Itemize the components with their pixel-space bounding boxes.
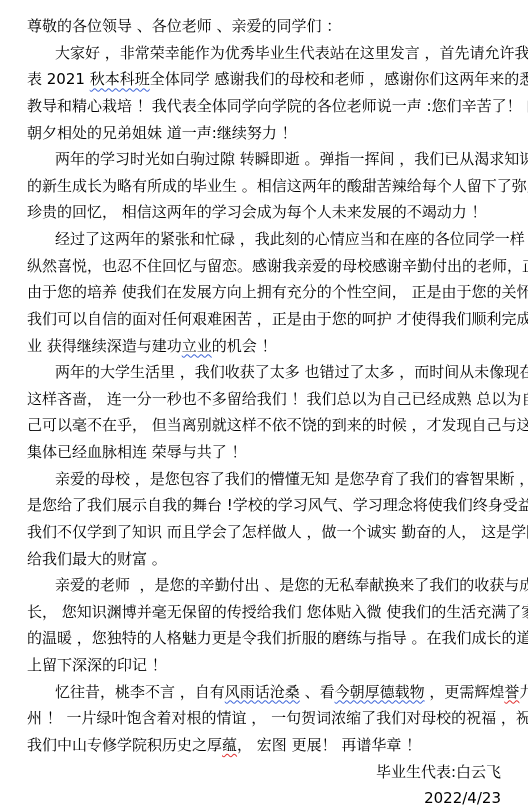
- text-segment: 我们不仅学到了知识 而且学会了怎样做人 ，做一个诚实 勤奋的人， 这是学院: [27, 523, 528, 541]
- text-segment: 2022/4/23: [424, 789, 501, 807]
- text-segment: 教导和精心栽培 ！我代表全体同学向学院的各位老师说一声 :您们辛苦了！ 向: [27, 97, 528, 115]
- salutation-line: 尊敬的各位领导 、各位老师 、亲爱的同学们 ：: [27, 13, 501, 40]
- text-line: 这样吝啬， 连一分一秒也不多留给我们 ！我们总以为自己已经成熟 总以为自: [27, 386, 501, 413]
- text-segment: 己可以毫不在乎， 但当离别就这样不依不饶的到来的时候 ，才发现自己与这个: [27, 416, 528, 434]
- text-segment: 全体同学 感谢我们的母校和老师 ，感谢你们这两年来的悉心: [150, 70, 528, 88]
- document-page: 尊敬的各位领导 、各位老师 、亲爱的同学们 ：大家好 ，非常荣幸能作为优秀毕业生…: [27, 13, 501, 812]
- text-segment: 上留下深深的印记 ！: [27, 656, 167, 674]
- text-segment: 亲爱的老师 ，是您的辛勤付出 、是您的无私奉献换来了我们的收获与成: [55, 576, 528, 594]
- text-segment: 忆往昔，桃李不言 ，自有: [55, 683, 225, 701]
- text-segment: 两年的学习时光如白驹过隙 转瞬即逝 。弹指一挥间 ，我们已从渴求知识: [55, 150, 528, 168]
- text-line: 州 ！ 一片绿叶饱含着对根的情谊 ， 一句贺词浓缩了我们对母校的祝福 ，祝愿: [27, 705, 501, 732]
- text-segment: 我们中山专修学院积历史之厚: [27, 736, 222, 754]
- text-line: 我们不仅学到了知识 而且学会了怎样做人 ，做一个诚实 勤奋的人， 这是学院: [27, 519, 501, 546]
- text-segment: 、看: [300, 683, 335, 701]
- spellcheck-blue-underline: 立业: [182, 337, 212, 355]
- text-segment: 的温暖 ，您独特的人格魅力更是令我们折服的磨练与指导 。在我们成长的道路: [27, 629, 528, 647]
- text-segment: 业 获得继续深造与建功: [27, 337, 182, 355]
- text-segment: 这样吝啬， 连一分一秒也不多留给我们 ！我们总以为自己已经成熟 总以为自: [27, 390, 528, 408]
- text-segment: 长， 您知识渊博并毫无保留的传授给我们 您体贴入微 使我们的生活充满了家: [27, 603, 528, 621]
- text-segment: 是您给了我们展示自我的舞台 !学校的学习风气、学习理念将使我们终身受益 ！: [27, 496, 528, 514]
- text-segment: ，更需辉煌: [425, 683, 505, 701]
- text-segment: 亲爱的母校 ，是您包容了我们的懵懂无知 是您孕育了我们的睿智果断 ，: [55, 470, 528, 488]
- text-line: 是您给了我们展示自我的舞台 !学校的学习风气、学习理念将使我们终身受益 ！: [27, 492, 501, 519]
- spellcheck-blue-underline: 风雨话沧桑: [225, 683, 300, 701]
- text-line: 集体已经血脉相连 荣辱与共了 ！: [27, 439, 501, 466]
- spellcheck-red-underline: 蕴: [222, 736, 237, 754]
- text-line: 给我们最大的财富 。: [27, 546, 501, 573]
- text-segment: 珍贵的回忆， 相信这两年的学习会成为每个人未来发展的不竭动力 ！: [27, 203, 487, 221]
- text-line: 教导和精心栽培 ！我代表全体同学向学院的各位老师说一声 :您们辛苦了！ 向: [27, 93, 501, 120]
- text-line: 亲爱的母校 ，是您包容了我们的懵懂无知 是您孕育了我们的睿智果断 ，: [27, 466, 501, 493]
- text-line: 忆往昔，桃李不言 ，自有风雨话沧桑 、看今朝厚德载物 ，更需辉煌誉九: [27, 679, 501, 706]
- text-segment: 九: [519, 683, 528, 701]
- text-segment: 给我们最大的财富 。: [27, 550, 167, 568]
- text-line: 纵然喜悦，也忍不住回忆与留恋。感谢我亲爱的母校感谢辛勤付出的老师，正是: [27, 253, 501, 280]
- text-segment: 由于您的培养 使我们在发展方向上拥有充分的个性空间， 正是由于您的关怀使: [27, 283, 528, 301]
- spellcheck-blue-underline: 今朝厚德载物: [335, 683, 425, 701]
- text-segment: 经过了这两年的紧张和忙碌 ，我此刻的心情应当和在座的各位同学一样 。: [55, 230, 528, 248]
- text-segment: 毕业生代表:白云飞: [376, 763, 501, 781]
- text-line: 珍贵的回忆， 相信这两年的学习会成为每个人未来发展的不竭动力 ！: [27, 199, 501, 226]
- text-segment: 我们可以自信的面对任何艰难困苦 ，正是由于您的呵护 才使得我们顺利完成学: [27, 310, 528, 328]
- text-line: 经过了这两年的紧张和忙碌 ，我此刻的心情应当和在座的各位同学一样 。: [27, 226, 501, 253]
- signature-line: 毕业生代表:白云飞: [27, 759, 501, 786]
- text-line: 朝夕相处的兄弟姐妹 道一声:继续努力 ！: [27, 120, 501, 147]
- text-line: 两年的大学生活里 ，我们收获了太多 也错过了太多 ，而时间从未像现在: [27, 359, 501, 386]
- text-line: 亲爱的老师 ，是您的辛勤付出 、是您的无私奉献换来了我们的收获与成: [27, 572, 501, 599]
- text-segment: 两年的大学生活里 ，我们收获了太多 也错过了太多 ，而时间从未像现在: [55, 363, 528, 381]
- text-line: 业 获得继续深造与建功立业的机会 ！: [27, 333, 501, 360]
- text-segment: 大家好 ，非常荣幸能作为优秀毕业生代表站在这里发言 ，首先请允许我代: [55, 44, 528, 62]
- text-segment: 表 2021: [27, 70, 90, 88]
- text-segment: 的新生成长为略有所成的毕业生 。相信这两年的酸甜苦辣给每个人留下了弥足: [27, 177, 528, 195]
- text-line: 己可以毫不在乎， 但当离别就这样不依不饶的到来的时候 ，才发现自己与这个: [27, 412, 501, 439]
- spellcheck-red-underline: 誉: [504, 683, 519, 701]
- text-line: 由于您的培养 使我们在发展方向上拥有充分的个性空间， 正是由于您的关怀使: [27, 279, 501, 306]
- text-line: 两年的学习时光如白驹过隙 转瞬即逝 。弹指一挥间 ，我们已从渴求知识: [27, 146, 501, 173]
- text-line: 上留下深深的印记 ！: [27, 652, 501, 679]
- text-segment: 朝夕相处的兄弟姐妹 道一声:继续努力 ！: [27, 124, 297, 142]
- text-line: 长， 您知识渊博并毫无保留的传授给我们 您体贴入微 使我们的生活充满了家: [27, 599, 501, 626]
- text-line: 的新生成长为略有所成的毕业生 。相信这两年的酸甜苦辣给每个人留下了弥足: [27, 173, 501, 200]
- text-segment: 纵然喜悦，也忍不住回忆与留恋。感谢我亲爱的母校感谢辛勤付出的老师，正是: [27, 257, 528, 275]
- text-segment: 的机会 ！: [212, 337, 277, 355]
- text-line: 我们中山专修学院积历史之厚蕴， 宏图 更展！ 再谱华章 ！: [27, 732, 501, 759]
- text-line: 的温暖 ，您独特的人格魅力更是令我们折服的磨练与指导 。在我们成长的道路: [27, 625, 501, 652]
- spellcheck-blue-underline: 秋本科班: [90, 70, 150, 88]
- text-line: 表 2021 秋本科班全体同学 感谢我们的母校和老师 ，感谢你们这两年来的悉心: [27, 66, 501, 93]
- text-line: 我们可以自信的面对任何艰难困苦 ，正是由于您的呵护 才使得我们顺利完成学: [27, 306, 501, 333]
- text-segment: 尊敬的各位领导 、各位老师 、亲爱的同学们 ：: [27, 17, 341, 35]
- text-segment: 集体已经血脉相连 荣辱与共了 ！: [27, 443, 247, 461]
- text-line: 大家好 ，非常荣幸能作为优秀毕业生代表站在这里发言 ，首先请允许我代: [27, 40, 501, 67]
- text-segment: ， 宏图 更展！ 再谱华章 ！: [237, 736, 421, 754]
- date-line: 2022/4/23: [27, 785, 501, 812]
- text-segment: 州 ！ 一片绿叶饱含着对根的情谊 ， 一句贺词浓缩了我们对母校的祝福 ，祝愿: [27, 709, 528, 727]
